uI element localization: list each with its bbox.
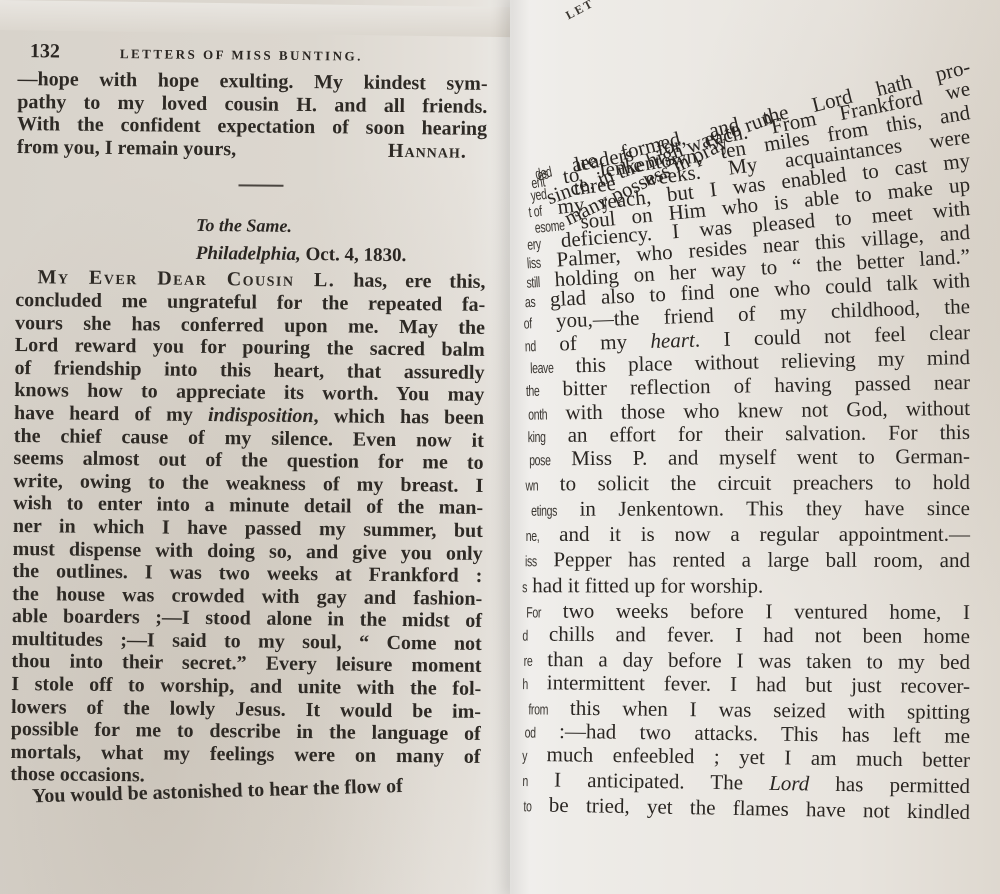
section-divider-rule xyxy=(238,185,283,187)
gutter-text-fragment: n xyxy=(522,770,528,794)
text-line: ne, and it is now a regular appointment.… xyxy=(520,522,970,549)
line-text: Pepper has rented a large ball room, and xyxy=(553,547,970,572)
signature: Hannah. xyxy=(388,140,467,163)
line-text: an effort for their salvation. For this xyxy=(568,420,971,447)
text-line: s had it fitted up for worship. xyxy=(520,573,970,601)
left-page: 132 LETTERS OF MISS BUNTING. —hope with … xyxy=(0,0,520,894)
left-page-text: 132 LETTERS OF MISS BUNTING. —hope with … xyxy=(10,40,488,814)
gutter-text-fragment: h xyxy=(522,673,528,697)
dateline-date: Oct. 4, 1830. xyxy=(305,244,406,266)
line-text: Miss P. and myself went to German- xyxy=(571,444,970,470)
italic-word: indisposition xyxy=(208,404,314,427)
gutter-text-fragment: ne, xyxy=(526,525,540,549)
salutation-rest: has, ere this, xyxy=(353,270,485,293)
text-line: wn to solicit the circuit preachers to h… xyxy=(520,470,970,499)
text-fragment: , which has been xyxy=(313,405,484,429)
gutter-text-fragment: pose xyxy=(529,449,550,473)
dateline-place: Philadelphia, xyxy=(196,243,301,265)
line-text: to solicit the circuit preachers to hold xyxy=(560,470,970,495)
line-text: chills and fever. I had not been home xyxy=(549,622,970,648)
gutter-text-fragment: y xyxy=(522,745,527,769)
gutter-text-fragment: iss xyxy=(525,550,537,574)
previous-letter-closing: —hope with hope exulting. My kindest sym… xyxy=(17,68,488,163)
text-line: etings in Jenkentown. This they have sin… xyxy=(520,496,970,524)
page-top-edge xyxy=(0,0,520,37)
salutation: My Ever Dear Cousin L. xyxy=(37,267,335,292)
text-line: pose Miss P. and myself went to German- xyxy=(520,444,970,473)
letter-heading: To the Same. xyxy=(16,208,486,243)
gutter-text-fragment: etings xyxy=(531,500,557,524)
gutter-text-fragment: d xyxy=(522,625,528,649)
line-text: had it fitted up for worship. xyxy=(532,573,763,597)
page-number: 132 xyxy=(30,40,120,64)
line-text: and it is now a regular appointment.— xyxy=(559,522,970,546)
running-head-title: LETTERS OF MISS BUNTING. xyxy=(120,46,363,65)
open-book-spread: 132 LETTERS OF MISS BUNTING. —hope with … xyxy=(0,0,1000,894)
letter-body: My Ever Dear Cousin L. has, ere this, co… xyxy=(10,266,486,813)
closing-phrase: from you, I remain yours, xyxy=(17,136,236,160)
gutter-text-fragment: to xyxy=(523,795,531,819)
gutter-text-fragment: wn xyxy=(525,475,538,499)
gutter-text-fragment: s xyxy=(522,576,527,600)
line-text: in Jenkentown. This they have since xyxy=(580,496,970,521)
text-line: iss Pepper has rented a large ball room,… xyxy=(520,547,970,575)
line-text: two weeks before I ventured home, I xyxy=(563,599,970,624)
text-fragment: have heard of my xyxy=(14,402,208,426)
line-text: intermittent fever. I had but just recov… xyxy=(547,670,970,698)
